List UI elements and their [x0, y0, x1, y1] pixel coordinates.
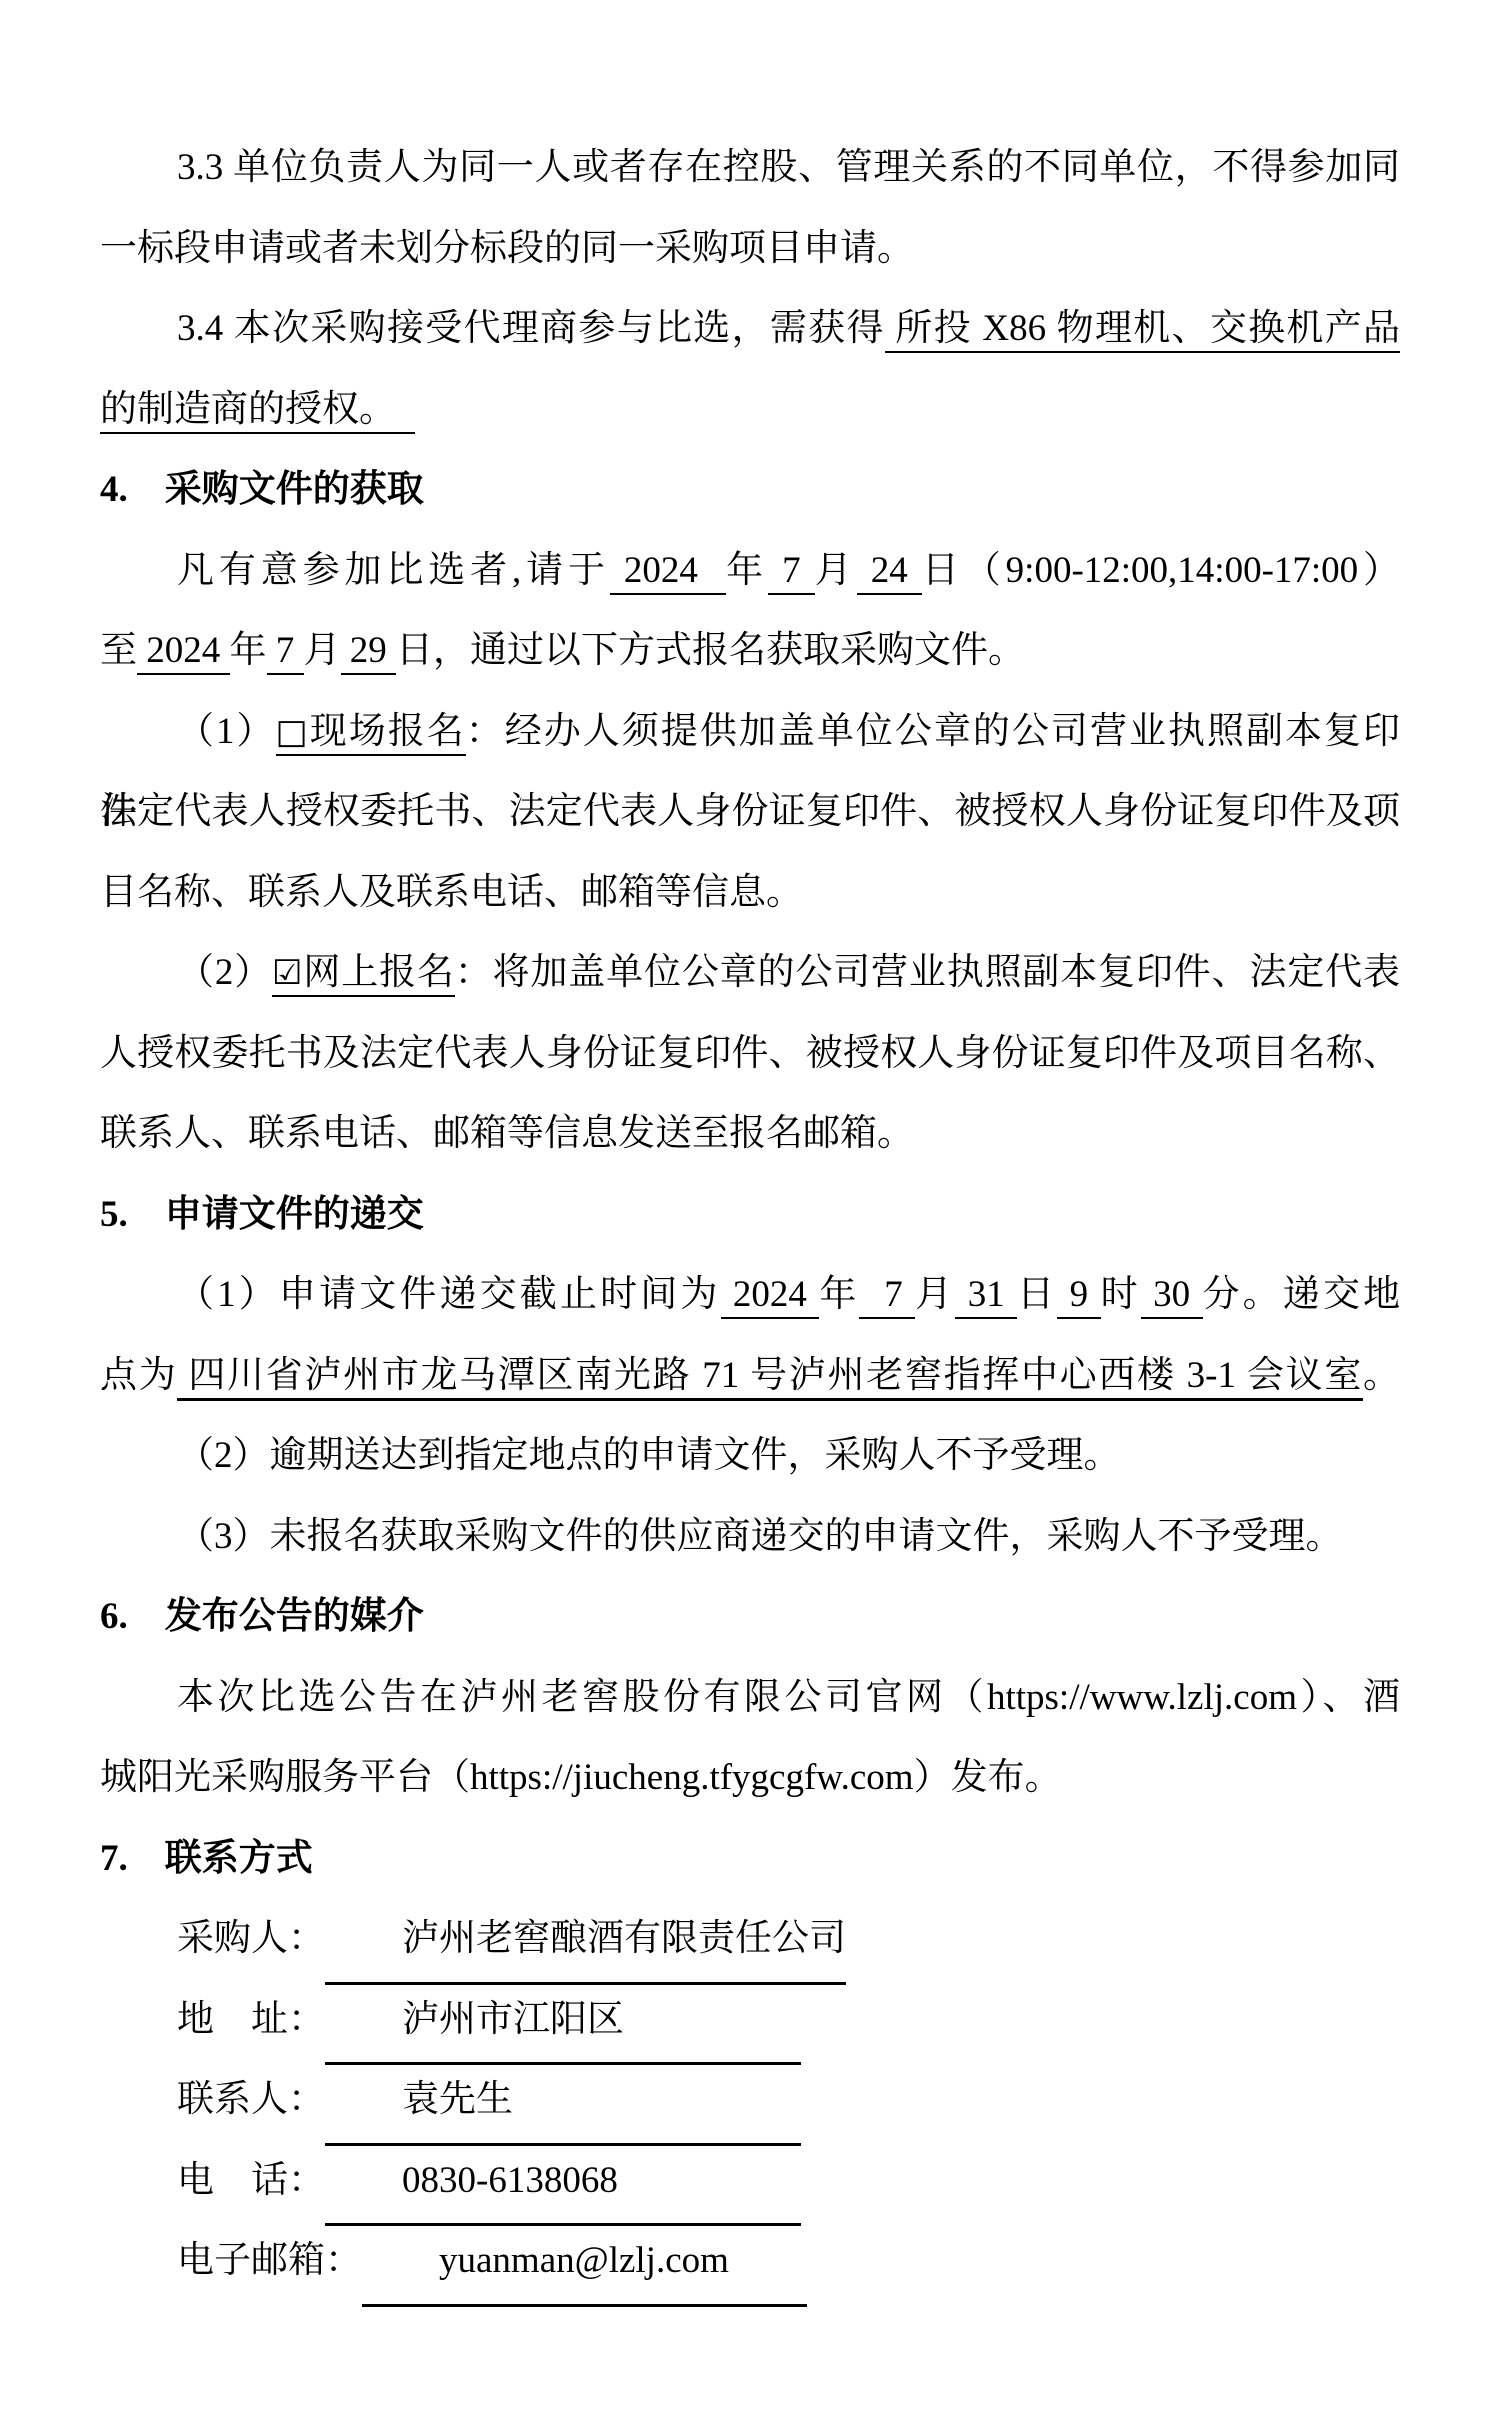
address-period: 。 — [1363, 1355, 1400, 1396]
registration-method-text: 日，通过以下方式报名获取采购文件。 — [396, 630, 1025, 671]
deadline-year: 2024 — [721, 1274, 820, 1319]
contact-person-value: 袁先生 — [325, 2060, 801, 2146]
para-33-text: 3.3 单位负责人为同一人或者存在控股、管理关系的不同单位，不得参加同 — [177, 147, 1400, 188]
year-unit: 年 — [819, 1274, 859, 1315]
contact-email-row: 电子邮箱：yuanman@lzlj.com — [100, 2221, 1400, 2302]
online-registration-option: ☑网上报名 — [272, 952, 455, 997]
late-submission-note: （2）逾期送达到指定地点的申请文件，采购人不予受理。 — [100, 1416, 1400, 1497]
deadline-intro-text: （1）申请文件递交截止时间为 — [177, 1274, 721, 1315]
registration-start-day: 24 — [857, 550, 922, 595]
registration-until-text: 至 — [100, 630, 137, 671]
online-registration-desc-2: 人授权委托书及法定代表人身份证复印件、被授权人身份证复印件及项目名称、 — [100, 1033, 1400, 1074]
contact-person-label: 联系人： — [177, 2079, 325, 2120]
purchaser-value: 泸州老窖酿酒有限责任公司 — [325, 1899, 846, 1985]
section-6-heading: 6. 发布公告的媒介 — [100, 1577, 1400, 1658]
checkbox-checked-icon: ☑ — [272, 953, 302, 993]
deadline-month: 7 — [859, 1274, 915, 1319]
onsite-registration-desc-2: 法定代表人授权委托书、法定代表人身份证复印件、被授权人身份证复印件及项 — [100, 791, 1400, 832]
onsite-registration-line3: 目名称、联系人及联系电话、邮箱等信息。 — [100, 853, 1400, 934]
section-7-heading: 7. 联系方式 — [100, 1819, 1400, 1900]
onsite-registration-line1: （1）□现场报名：经办人须提供加盖单位公章的公司营业执照副本复印件、 — [100, 692, 1400, 773]
section-6-heading-text: 6. 发布公告的媒介 — [100, 1596, 424, 1637]
registration-start-year: 2024 — [610, 550, 726, 595]
section-5-heading: 5. 申请文件的递交 — [100, 1175, 1400, 1256]
contact-phone-row: 电 话：0830-6138068 — [100, 2141, 1400, 2222]
online-registration-line1: （2）☑网上报名：将加盖单位公章的公司营业执照副本复印件、法定代表 — [100, 933, 1400, 1014]
section-4-heading-text: 4. 采购文件的获取 — [100, 469, 424, 510]
address-label: 地 址： — [177, 1999, 325, 2040]
announcement-media-line1: 本次比选公告在泸州老窖股份有限公司官网（https://www.lzlj.com… — [100, 1658, 1400, 1739]
online-registration-label: 网上报名 — [303, 952, 455, 993]
section-5-heading-text: 5. 申请文件的递交 — [100, 1194, 424, 1235]
purchaser-label: 采购人： — [177, 1918, 325, 1959]
hour-unit: 时 — [1101, 1274, 1141, 1315]
online-registration-desc: ：将加盖单位公章的公司营业执照副本复印件、法定代表 — [455, 952, 1400, 993]
para-34-underlined-authorization: 的制造商的授权。 — [100, 389, 415, 434]
deadline-minute: 30 — [1141, 1274, 1203, 1319]
announcement-media-line2: 城阳光采购服务平台（https://jiucheng.tfygcgfw.com）… — [100, 1738, 1400, 1819]
item-number: （1） — [177, 711, 276, 752]
para-34-underlined-products: 所投 X86 物理机、交换机产品 — [885, 308, 1400, 353]
announcement-media-text-2: 城阳光采购服务平台（https://jiucheng.tfygcgfw.com）… — [100, 1757, 1062, 1798]
para-34-line2: 的制造商的授权。 — [100, 370, 1400, 451]
deadline-day: 31 — [955, 1274, 1017, 1319]
registration-period-line1: 凡有意参加比选者,请于 2024 年 7 月 24 日（9:00-12:00,1… — [100, 531, 1400, 612]
deadline-line1: （1）申请文件递交截止时间为 2024 年 7 月 31 日 9 时 30 分。… — [100, 1255, 1400, 1336]
month-unit: 月 — [815, 550, 857, 591]
day-unit: 日 — [1017, 1274, 1057, 1315]
announcement-media-text: 本次比选公告在泸州老窖股份有限公司官网（https://www.lzlj.com… — [177, 1677, 1400, 1718]
submission-address-value: 四川省泸州市龙马潭区南光路 71 号泸州老窖指挥中心西楼 3-1 会议室 — [177, 1355, 1363, 1401]
registration-period-line2: 至 2024 年 7 月 29 日，通过以下方式报名获取采购文件。 — [100, 611, 1400, 692]
late-submission-text: （2）逾期送达到指定地点的申请文件，采购人不予受理。 — [177, 1435, 1121, 1476]
para-33-line2: 一标段申请或者未划分标段的同一采购项目申请。 — [100, 209, 1400, 290]
onsite-registration-desc-3: 目名称、联系人及联系电话、邮箱等信息。 — [100, 872, 803, 913]
unregistered-supplier-note: （3）未报名获取采购文件的供应商递交的申请文件，采购人不予受理。 — [100, 1497, 1400, 1578]
registration-start-month: 7 — [768, 550, 815, 595]
registration-end-month: 7 — [267, 630, 304, 675]
online-registration-line3: 联系人、联系电话、邮箱等信息发送至报名邮箱。 — [100, 1094, 1400, 1175]
month-unit: 月 — [304, 630, 341, 671]
checkbox-unchecked-icon: □ — [276, 712, 310, 752]
document-page: 3.3 单位负责人为同一人或者存在控股、管理关系的不同单位，不得参加同 一标段申… — [0, 0, 1500, 2433]
registration-end-year: 2024 — [137, 630, 230, 675]
onsite-registration-option: □现场报名 — [276, 711, 466, 756]
registration-end-day: 29 — [341, 630, 397, 675]
contact-address-row: 地 址：泸州市江阳区 — [100, 1980, 1400, 2061]
para-33-text-2: 一标段申请或者未划分标段的同一采购项目申请。 — [100, 228, 914, 269]
registration-intro-text: 凡有意参加比选者,请于 — [177, 550, 610, 591]
onsite-registration-label: 现场报名 — [310, 711, 466, 752]
address-prefix-text: 点为 — [100, 1355, 177, 1396]
email-label: 电子邮箱： — [177, 2240, 362, 2281]
unregistered-supplier-text: （3）未报名获取采购文件的供应商递交的申请文件，采购人不予受理。 — [177, 1516, 1343, 1557]
submission-address-line: 点为 四川省泸州市龙马潭区南光路 71 号泸州老窖指挥中心西楼 3-1 会议室。 — [100, 1336, 1400, 1417]
address-value: 泸州市江阳区 — [325, 1980, 801, 2066]
deadline-hour: 9 — [1057, 1274, 1100, 1319]
contact-purchaser-row: 采购人：泸州老窖酿酒有限责任公司 — [100, 1899, 1400, 1980]
onsite-registration-line2: 法定代表人授权委托书、法定代表人身份证复印件、被授权人身份证复印件及项 — [100, 772, 1400, 853]
month-unit: 月 — [915, 1274, 955, 1315]
registration-time-range: 日（9:00-12:00,14:00-17:00） — [922, 550, 1400, 591]
email-value: yuanman@lzlj.com — [362, 2221, 807, 2307]
year-unit: 年 — [726, 550, 768, 591]
online-registration-desc-3: 联系人、联系电话、邮箱等信息发送至报名邮箱。 — [100, 1113, 914, 1154]
para-34-line1: 3.4 本次采购接受代理商参与比选，需获得 所投 X86 物理机、交换机产品 — [100, 289, 1400, 370]
phone-value: 0830-6138068 — [325, 2141, 801, 2227]
contact-person-row: 联系人：袁先生 — [100, 2060, 1400, 2141]
para-34-text: 3.4 本次采购接受代理商参与比选，需获得 — [177, 308, 885, 349]
year-unit: 年 — [230, 630, 267, 671]
item-number: （2） — [177, 952, 272, 993]
section-4-heading: 4. 采购文件的获取 — [100, 450, 1400, 531]
online-registration-line2: 人授权委托书及法定代表人身份证复印件、被授权人身份证复印件及项目名称、 — [100, 1014, 1400, 1095]
para-33-line1: 3.3 单位负责人为同一人或者存在控股、管理关系的不同单位，不得参加同 — [100, 128, 1400, 209]
phone-label: 电 话： — [177, 2160, 325, 2201]
section-7-heading-text: 7. 联系方式 — [100, 1838, 313, 1879]
deadline-tail-text: 分。递交地 — [1203, 1274, 1401, 1315]
